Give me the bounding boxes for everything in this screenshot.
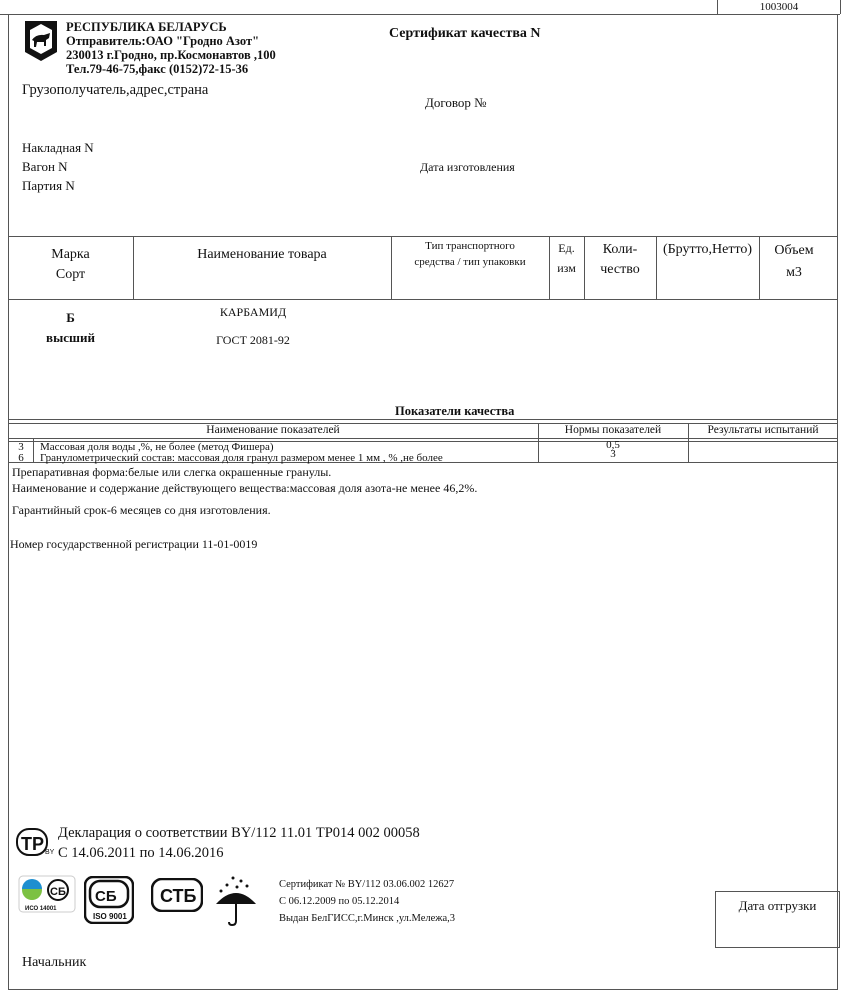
- iso14001-logo-icon: СБ ИСО 14001: [18, 875, 76, 913]
- quality-row-name: Гранулометрический состав: массовая доля…: [40, 453, 535, 464]
- grade-value: Б: [8, 308, 133, 328]
- note-warranty: Гарантийный срок-6 месяцев со дня изгото…: [12, 502, 271, 518]
- sender-phone: Тел.79-46-75,факс (0152)72-15-36: [66, 62, 276, 76]
- col-unit: Ед.изм: [549, 238, 584, 278]
- sender-address: 230013 г.Гродно, пр.Космонавтов ,100: [66, 48, 276, 62]
- form-number: 1003004: [717, 0, 841, 14]
- col-product: Наименование товара: [133, 245, 391, 265]
- note-registration: Номер государственной регистрации 11-01-…: [10, 536, 257, 552]
- invoice-label: Накладная N: [22, 138, 94, 157]
- svg-text:BY: BY: [45, 849, 55, 856]
- col-transport: Тип транспортногосредства / тип упаковки: [391, 238, 549, 270]
- signature-label: Начальник: [22, 955, 86, 971]
- svg-text:ИСО 14001: ИСО 14001: [25, 906, 57, 912]
- consignee-label: Грузополучатель,адрес,страна: [22, 82, 208, 99]
- emblem-icon: [24, 20, 58, 62]
- certificate-issuer: Выдан БелГИСС,г.Минск ,ул.Мележа,3: [279, 910, 455, 927]
- declaration-line2: С 14.06.2011 по 14.06.2016: [58, 843, 420, 863]
- wagon-label: Вагон N: [22, 157, 94, 176]
- quality-col-result: Результаты испытаний: [688, 424, 838, 436]
- shipment-date-label: Дата отгрузки: [716, 898, 839, 914]
- col-volume: Объемм3: [759, 240, 829, 284]
- col-gross-net: (Брутто,Нетто): [656, 240, 759, 260]
- sort-value: высший: [8, 328, 133, 348]
- certificate-number: Сертификат № BY/112 03.06.002 12627: [279, 876, 455, 893]
- svg-text:TP: TP: [21, 834, 44, 854]
- product-standard: ГОСТ 2081-92: [133, 333, 373, 348]
- note-form: Препаративная форма:белые или слегка окр…: [12, 464, 477, 480]
- svg-text:СБ: СБ: [95, 888, 117, 905]
- contract-label: Договор №: [425, 95, 487, 111]
- goods-table-header-bottom: [8, 299, 838, 300]
- col-quantity: Коли-чество: [584, 240, 656, 280]
- sender-label: Отправитель:ОАО "Гродно Азот": [66, 34, 276, 48]
- tr-mark-icon: TP BY: [16, 828, 52, 856]
- shipment-date-box: Дата отгрузки: [715, 891, 840, 948]
- certificate-validity: С 06.12.2009 по 05.12.2014: [279, 893, 455, 910]
- quality-col-norm: Нормы показателей: [538, 424, 688, 436]
- certificate-title: Сертификат качества N: [389, 26, 541, 42]
- manufacture-date-label: Дата изготовления: [420, 160, 515, 175]
- note-substance: Наименование и содержание действующего в…: [12, 480, 477, 496]
- batch-label: Партия N: [22, 176, 94, 195]
- col-grade: МаркаСорт: [8, 245, 133, 285]
- keep-dry-umbrella-icon: [213, 874, 259, 928]
- quality-col-name: Наименование показателей: [8, 424, 538, 436]
- svg-text:СБ: СБ: [50, 886, 66, 898]
- iso9001-logo-icon: СБ ISO 9001: [84, 876, 134, 924]
- svg-text:СТБ: СТБ: [160, 886, 197, 906]
- quality-row-num: 6: [10, 453, 32, 464]
- quality-row-norm: 3: [538, 449, 688, 460]
- svg-text:ISO 9001: ISO 9001: [93, 912, 127, 921]
- declaration-line1: Декларация о соответствии BY/112 11.01 Т…: [58, 823, 420, 843]
- quality-title: Показатели качества: [395, 404, 514, 419]
- country-label: РЕСПУБЛИКА БЕЛАРУСЬ: [66, 20, 276, 34]
- stb-logo-icon: СТБ: [151, 878, 203, 912]
- product-name: КАРБАМИД: [133, 305, 373, 320]
